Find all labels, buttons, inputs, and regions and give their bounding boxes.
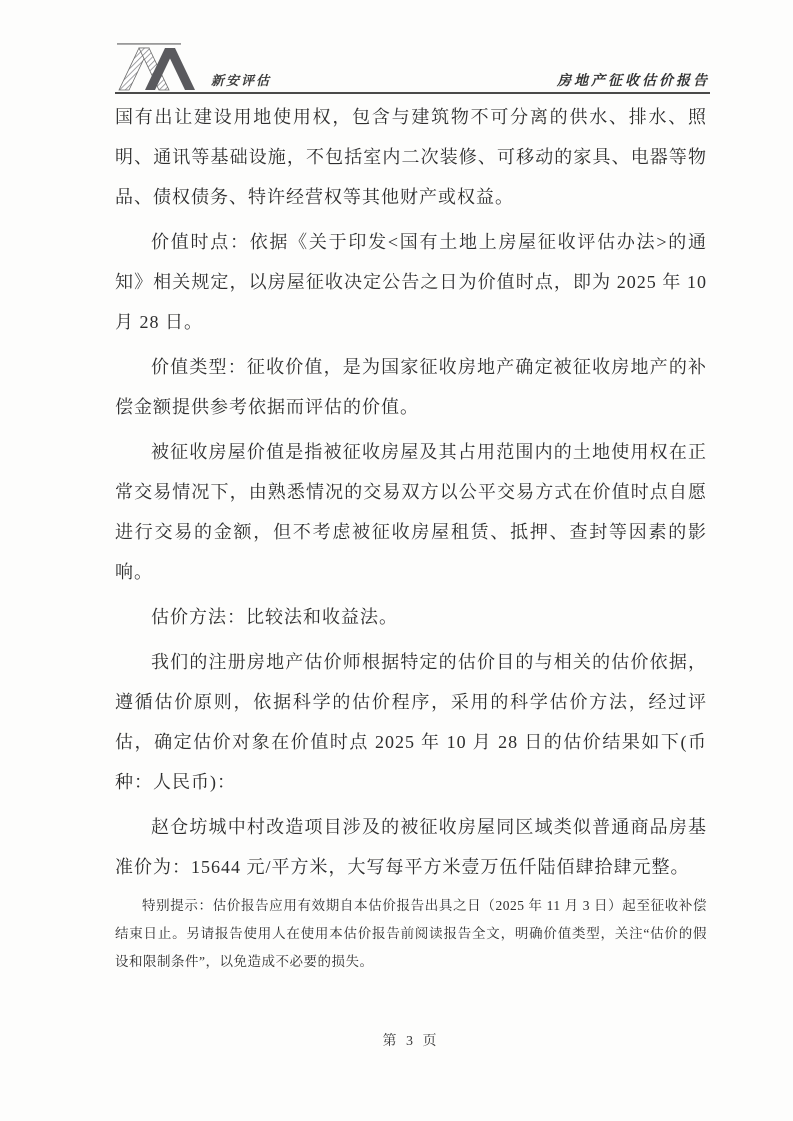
paragraph-valuation-method: 估价方法：比较法和收益法。 (115, 597, 707, 637)
report-body: 国有出让建设用地使用权，包含与建筑物不可分离的供水、排水、照明、通讯等基础设施，… (115, 97, 707, 976)
report-page: 新安评估 房地产征收估价报告 国有出让建设用地使用权，包含与建筑物不可分离的供水… (0, 0, 793, 1121)
paragraph-value-date: 价值时点：依据《关于印发<国有土地上房屋征收评估办法>的通知》相关规定，以房屋征… (115, 222, 707, 342)
company-logo-text: 新安评估 (211, 70, 271, 91)
report-type-label: 房地产征收估价报告 (557, 70, 710, 92)
page-number: 第 3 页 (383, 1034, 440, 1049)
company-logo-icon (115, 43, 207, 91)
paragraph-value-type: 价值类型：征收价值，是为国家征收房地产确定被征收房地产的补偿金额提供参考依据而评… (115, 347, 707, 427)
page-header: 新安评估 房地产征收估价报告 (115, 42, 710, 94)
paragraph-valuation-conclusion-intro: 我们的注册房地产估价师根据特定的估价目的与相关的估价依据，遵循估价原则，依据科学… (115, 642, 707, 802)
special-note: 特别提示：估价报告应用有效期自本估价报告出具之日（2025 年 11 月 3 日… (115, 892, 707, 976)
company-logo: 新安评估 (115, 43, 271, 92)
paragraph-value-definition: 被征收房屋价值是指被征收房屋及其占用范围内的土地使用权在正常交易情况下，由熟悉情… (115, 432, 707, 592)
page-footer: 第 3 页 (115, 1030, 707, 1050)
paragraph-valuation-result: 赵仓坊城中村改造项目涉及的被征收房屋同区域类似普通商品房基准价为：15644 元… (115, 807, 707, 887)
paragraph-property-scope: 国有出让建设用地使用权，包含与建筑物不可分离的供水、排水、照明、通讯等基础设施，… (115, 97, 707, 217)
